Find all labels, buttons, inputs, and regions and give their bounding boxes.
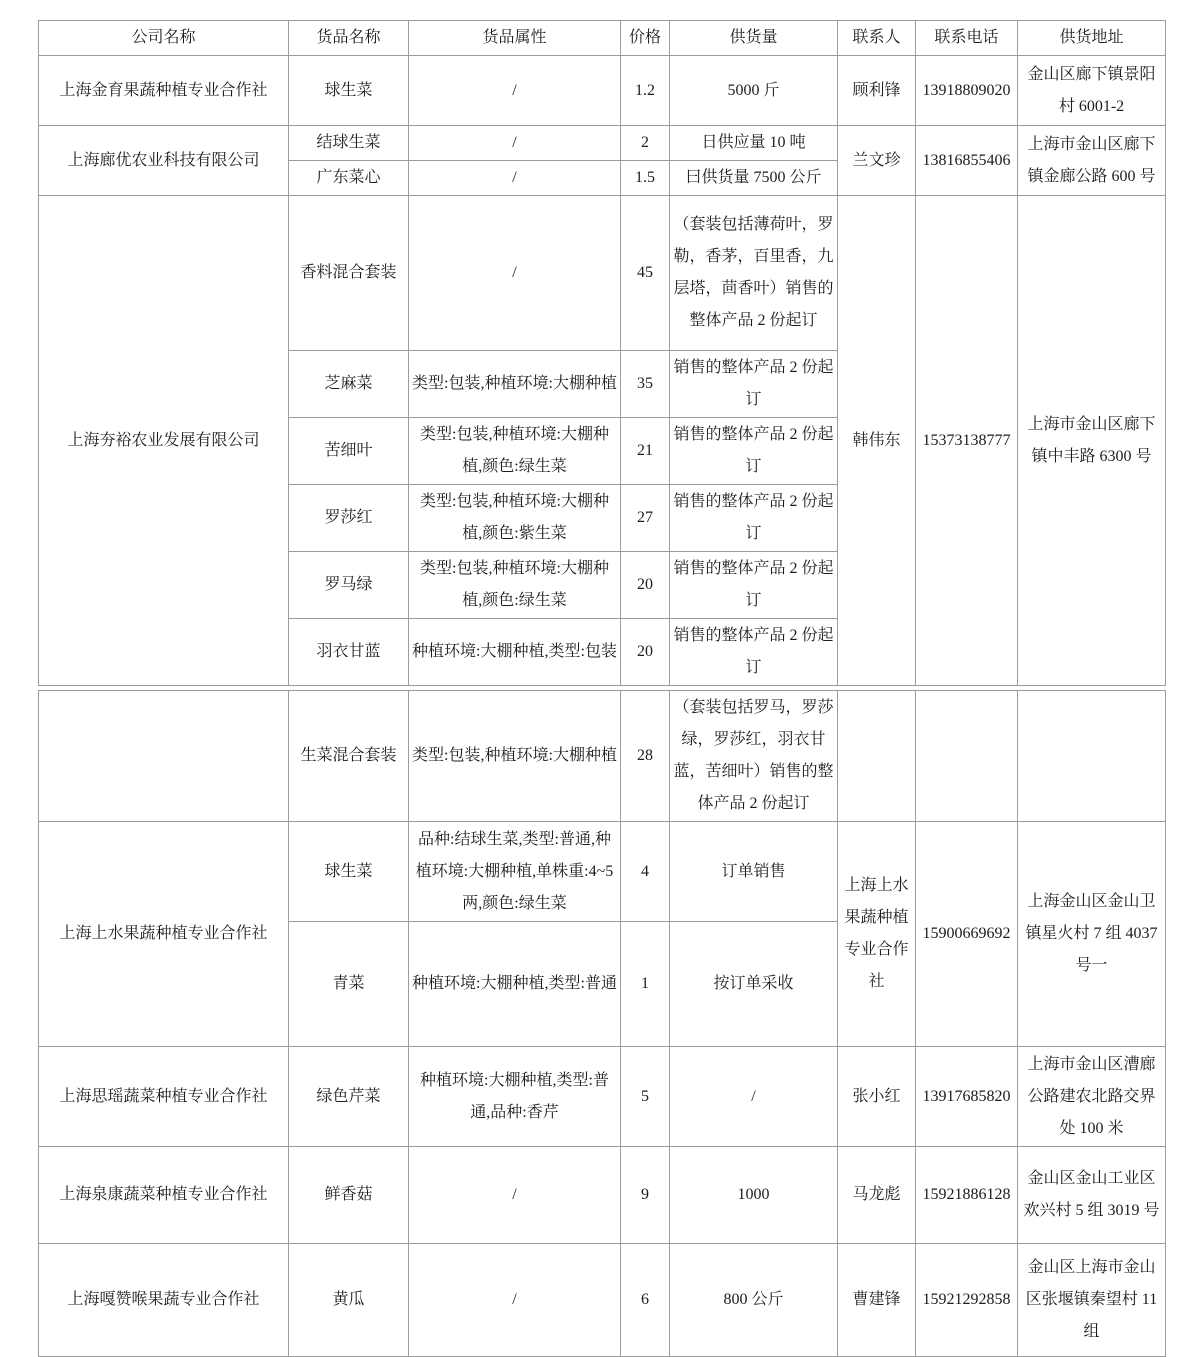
col-header-contact: 联系人 [838, 21, 916, 56]
phone-cell: 13816855406 [916, 126, 1018, 196]
company-cell: 上海夯裕农业发展有限公司 [39, 196, 289, 686]
col-header-product: 货品名称 [289, 21, 409, 56]
supply-cell: 曰供货量 7500 公斤 [670, 161, 838, 196]
supply-cell: （套装包括薄荷叶，罗勒，香茅，百里香，九层塔，茴香叶）销售的整体产品 2 份起订 [670, 196, 838, 351]
supply-cell: 销售的整体产品 2 份起订 [670, 485, 838, 552]
table-row: 上海嘎赞喉果蔬专业合作社 黄瓜 / 6 800 公斤 曹建锋 159212928… [39, 1244, 1166, 1357]
address-cell: 上海金山区金山卫镇星火村 7 组 4037 号一 [1018, 822, 1166, 1047]
supply-cell: 订单销售 [670, 822, 838, 922]
supplier-table-part2: 生菜混合套装 类型:包装,种植环境:大棚种植 28 （套装包括罗马，罗莎绿，罗莎… [38, 690, 1166, 1357]
document-page: 公司名称 货品名称 货品属性 价格 供货量 联系人 联系电话 供货地址 上海金育… [0, 0, 1200, 1332]
col-header-company: 公司名称 [39, 21, 289, 56]
company-cell: 上海思瑶蔬菜种植专业合作社 [39, 1047, 289, 1147]
supplier-table-part1: 公司名称 货品名称 货品属性 价格 供货量 联系人 联系电话 供货地址 上海金育… [38, 20, 1166, 686]
price-cell: 1.5 [621, 161, 670, 196]
price-cell: 21 [621, 418, 670, 485]
price-cell: 4 [621, 822, 670, 922]
table-row: 上海上水果蔬种植专业合作社 球生菜 品种:结球生菜,类型:普通,种植环境:大棚种… [39, 822, 1166, 922]
price-cell: 2 [621, 126, 670, 161]
price-cell: 9 [621, 1147, 670, 1244]
attr-cell: / [409, 161, 621, 196]
contact-cell: 张小红 [838, 1047, 916, 1147]
supply-cell: 按订单采收 [670, 922, 838, 1047]
col-header-address: 供货地址 [1018, 21, 1166, 56]
table-row: 上海廊优农业科技有限公司 结球生菜 / 2 日供应量 10 吨 兰文珍 1381… [39, 126, 1166, 161]
phone-cell: 15373138777 [916, 196, 1018, 686]
contact-cell: 顾利锋 [838, 56, 916, 126]
phone-cell: 15921292858 [916, 1244, 1018, 1357]
product-cell: 青菜 [289, 922, 409, 1047]
supply-cell: 日供应量 10 吨 [670, 126, 838, 161]
col-header-attr: 货品属性 [409, 21, 621, 56]
attr-cell: 类型:包装,种植环境:大棚种植,颜色:紫生菜 [409, 485, 621, 552]
phone-cell: 13918809020 [916, 56, 1018, 126]
product-cell: 芝麻菜 [289, 351, 409, 418]
product-cell: 绿色芹菜 [289, 1047, 409, 1147]
product-cell: 羽衣甘蓝 [289, 619, 409, 686]
product-cell: 生菜混合套装 [289, 691, 409, 822]
contact-cell [838, 691, 916, 822]
contact-cell: 上海上水果蔬种植专业合作社 [838, 822, 916, 1047]
product-cell: 罗莎红 [289, 485, 409, 552]
supply-cell: / [670, 1047, 838, 1147]
phone-cell [916, 691, 1018, 822]
company-cell: 上海上水果蔬种植专业合作社 [39, 822, 289, 1047]
supply-cell: 1000 [670, 1147, 838, 1244]
product-cell: 香料混合套装 [289, 196, 409, 351]
product-cell: 黄瓜 [289, 1244, 409, 1357]
contact-cell: 马龙彪 [838, 1147, 916, 1244]
supply-cell: （套装包括罗马，罗莎绿，罗莎红，羽衣甘蓝，苦细叶）销售的整体产品 2 份起订 [670, 691, 838, 822]
supply-cell: 销售的整体产品 2 份起订 [670, 552, 838, 619]
address-cell: 金山区金山工业区欢兴村 5 组 3019 号 [1018, 1147, 1166, 1244]
table-row: 上海泉康蔬菜种植专业合作社 鲜香菇 / 9 1000 马龙彪 159218861… [39, 1147, 1166, 1244]
company-cell: 上海廊优农业科技有限公司 [39, 126, 289, 196]
price-cell: 1 [621, 922, 670, 1047]
address-cell: 金山区廊下镇景阳村 6001-2 [1018, 56, 1166, 126]
product-cell: 球生菜 [289, 822, 409, 922]
phone-cell: 13917685820 [916, 1047, 1018, 1147]
header-row: 公司名称 货品名称 货品属性 价格 供货量 联系人 联系电话 供货地址 [39, 21, 1166, 56]
col-header-supply: 供货量 [670, 21, 838, 56]
attr-cell: 类型:包装,种植环境:大棚种植,颜色:绿生菜 [409, 552, 621, 619]
price-cell: 20 [621, 619, 670, 686]
table-row: 上海夯裕农业发展有限公司 香料混合套装 / 45 （套装包括薄荷叶，罗勒，香茅，… [39, 196, 1166, 351]
price-cell: 35 [621, 351, 670, 418]
price-cell: 20 [621, 552, 670, 619]
table-row: 上海思瑶蔬菜种植专业合作社 绿色芹菜 种植环境:大棚种植,类型:普通,品种:香芹… [39, 1047, 1166, 1147]
supply-cell: 销售的整体产品 2 份起订 [670, 619, 838, 686]
attr-cell: / [409, 126, 621, 161]
attr-cell: / [409, 1244, 621, 1357]
supply-cell: 销售的整体产品 2 份起订 [670, 351, 838, 418]
address-cell: 上海市金山区廊下镇金廊公路 600 号 [1018, 126, 1166, 196]
contact-cell: 韩伟东 [838, 196, 916, 686]
attr-cell: / [409, 196, 621, 351]
attr-cell: 类型:包装,种植环境:大棚种植,颜色:绿生菜 [409, 418, 621, 485]
address-cell: 金山区上海市金山区张堰镇秦望村 11 组 [1018, 1244, 1166, 1357]
price-cell: 5 [621, 1047, 670, 1147]
supply-cell: 销售的整体产品 2 份起订 [670, 418, 838, 485]
attr-cell: / [409, 56, 621, 126]
attr-cell: 类型:包装,种植环境:大棚种植 [409, 351, 621, 418]
price-cell: 27 [621, 485, 670, 552]
company-cell: 上海泉康蔬菜种植专业合作社 [39, 1147, 289, 1244]
attr-cell: / [409, 1147, 621, 1244]
address-cell: 上海市金山区廊下镇中丰路 6300 号 [1018, 196, 1166, 686]
company-cell: 上海嘎赞喉果蔬专业合作社 [39, 1244, 289, 1357]
contact-cell: 曹建锋 [838, 1244, 916, 1357]
price-cell: 1.2 [621, 56, 670, 126]
col-header-phone: 联系电话 [916, 21, 1018, 56]
price-cell: 28 [621, 691, 670, 822]
product-cell: 广东菜心 [289, 161, 409, 196]
contact-cell: 兰文珍 [838, 126, 916, 196]
supply-cell: 5000 斤 [670, 56, 838, 126]
company-cell: 上海金育果蔬种植专业合作社 [39, 56, 289, 126]
attr-cell: 类型:包装,种植环境:大棚种植 [409, 691, 621, 822]
product-cell: 罗马绿 [289, 552, 409, 619]
table-row: 上海金育果蔬种植专业合作社 球生菜 / 1.2 5000 斤 顾利锋 13918… [39, 56, 1166, 126]
phone-cell: 15921886128 [916, 1147, 1018, 1244]
product-cell: 鲜香菇 [289, 1147, 409, 1244]
attr-cell: 种植环境:大棚种植,类型:普通,品种:香芹 [409, 1047, 621, 1147]
price-cell: 6 [621, 1244, 670, 1357]
phone-cell: 15900669692 [916, 822, 1018, 1047]
supply-cell: 800 公斤 [670, 1244, 838, 1357]
product-cell: 球生菜 [289, 56, 409, 126]
product-cell: 结球生菜 [289, 126, 409, 161]
company-cell [39, 691, 289, 822]
address-cell: 上海市金山区漕廊公路建农北路交界处 100 米 [1018, 1047, 1166, 1147]
col-header-price: 价格 [621, 21, 670, 56]
price-cell: 45 [621, 196, 670, 351]
attr-cell: 品种:结球生菜,类型:普通,种植环境:大棚种植,单株重:4~5 两,颜色:绿生菜 [409, 822, 621, 922]
table-row: 生菜混合套装 类型:包装,种植环境:大棚种植 28 （套装包括罗马，罗莎绿，罗莎… [39, 691, 1166, 822]
attr-cell: 种植环境:大棚种植,类型:包装 [409, 619, 621, 686]
product-cell: 苦细叶 [289, 418, 409, 485]
attr-cell: 种植环境:大棚种植,类型:普通 [409, 922, 621, 1047]
address-cell [1018, 691, 1166, 822]
